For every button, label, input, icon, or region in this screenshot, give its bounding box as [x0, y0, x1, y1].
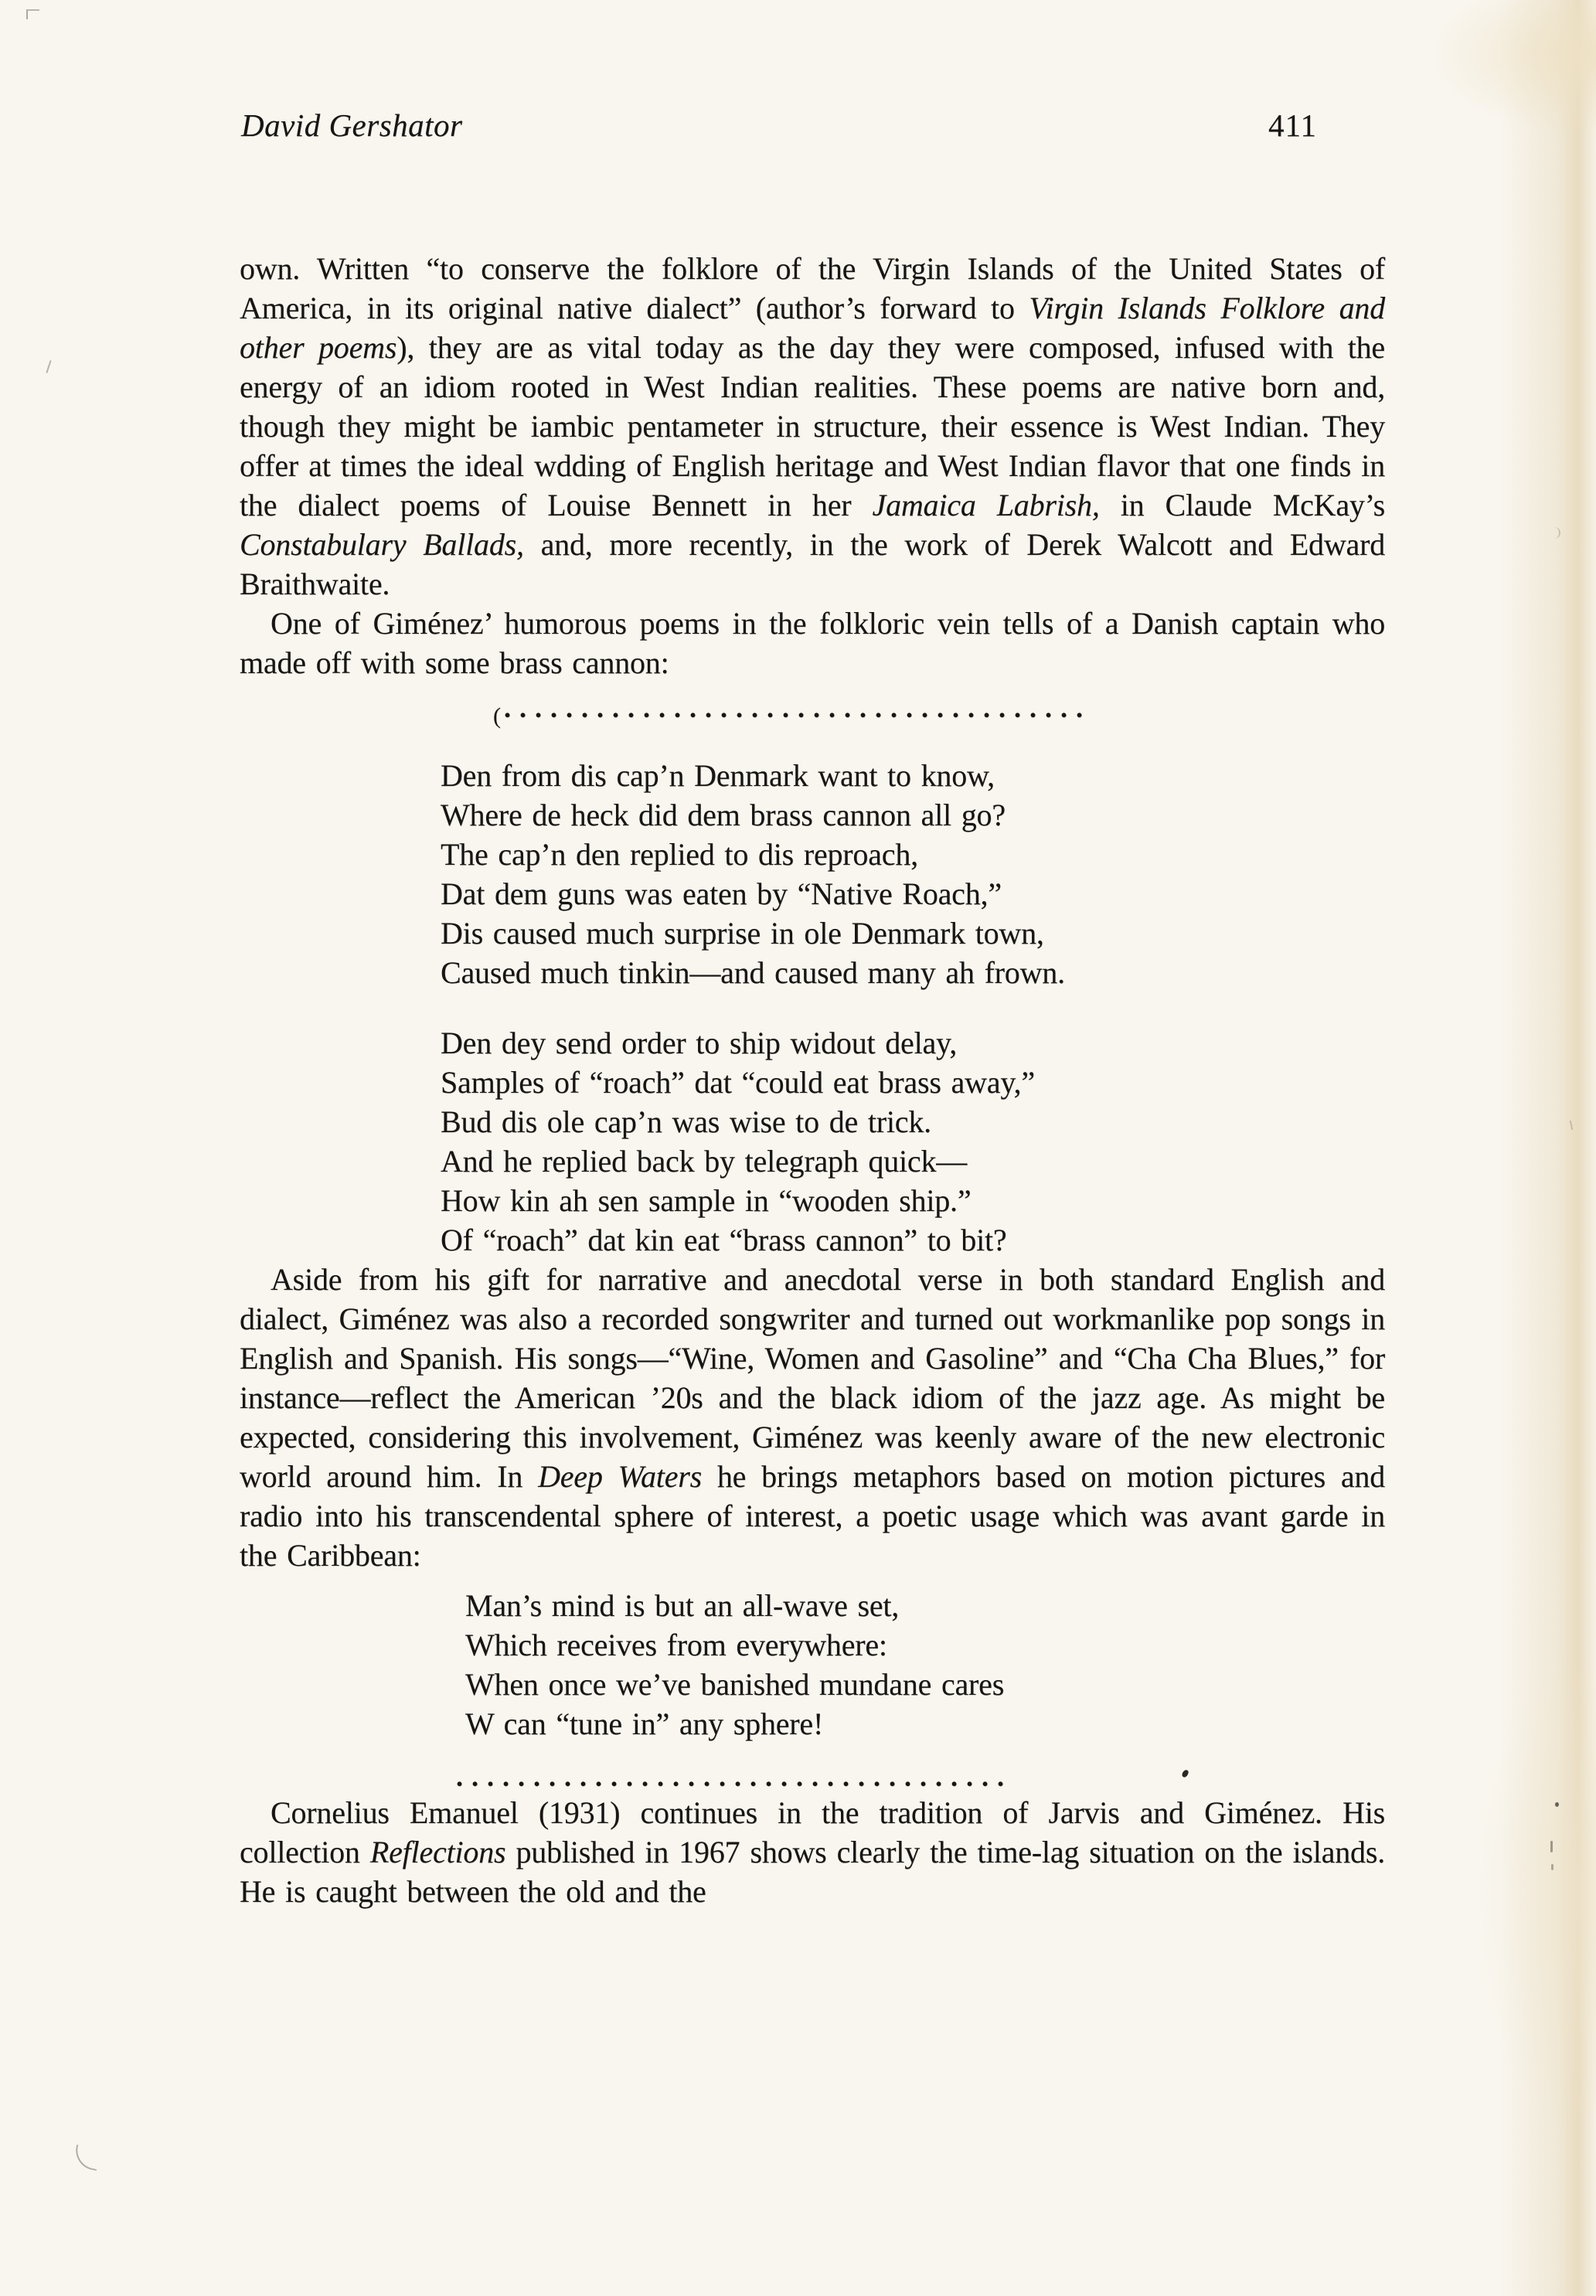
book-title-italic: Reflections	[370, 1835, 506, 1869]
paragraph-2: One of Giménez’ humorous poems in the fo…	[240, 604, 1385, 682]
paragraph-1: own. Written “to conserve the folklore o…	[240, 249, 1385, 604]
scan-artifact-right-margin	[1550, 1841, 1553, 1852]
book-title-italic: Deep Waters	[538, 1459, 702, 1494]
poem-line: Bud dis ole cap’n was wise to de trick.	[441, 1102, 1385, 1141]
scan-artifact-right-margin	[1555, 1802, 1559, 1807]
poem-line: Of “roach” dat kin eat “brass cannon” to…	[441, 1220, 1385, 1260]
poem-line: When once we’ve banished mundane cares	[465, 1665, 1385, 1704]
running-header-author: David Gershator	[241, 107, 463, 144]
poem-line: Samples of “roach” dat “could eat brass …	[441, 1063, 1385, 1102]
scan-artifact-corner	[26, 9, 39, 19]
poem-stanza-1: Den from dis cap’n Denmark want to know,…	[240, 756, 1385, 992]
poem-line: Caused much tinkin—and caused many ah fr…	[441, 953, 1385, 992]
poem-line: Den dey send order to ship widout delay,	[441, 1023, 1385, 1063]
poem-line: Dat dem guns was eaten by “Native Roach,…	[441, 874, 1385, 913]
text-segment: in Claude McKay’s	[1100, 488, 1385, 522]
scan-artifact-right-margin	[1551, 1864, 1553, 1870]
poem-quatrain: Man’s mind is but an all-wave set, Which…	[240, 1586, 1385, 1743]
stray-paren-mark: (	[493, 703, 501, 729]
poem-line: Where de heck did dem brass cannon all g…	[441, 795, 1385, 835]
poem-line: W can “tune in” any sphere!	[465, 1704, 1385, 1743]
separator-dots: ......................................	[504, 692, 1091, 723]
poem-line: Den from dis cap’n Denmark want to know,	[441, 756, 1385, 795]
book-title-italic: Jamaica Labrish,	[873, 488, 1100, 522]
pencil-mark-bottom-left	[72, 2145, 100, 2171]
scan-artifact-right-margin	[1570, 1121, 1573, 1130]
paragraph-3: Aside from his gift for narrative and an…	[240, 1260, 1385, 1575]
poem-line: Which receives from everywhere:	[465, 1625, 1385, 1665]
text-column: own. Written “to conserve the folklore o…	[240, 249, 1385, 1911]
dotted-separator: ....................................	[240, 1760, 1385, 1793]
poem-line: And he replied back by telegraph quick—	[441, 1141, 1385, 1181]
dotted-separator: (......................................	[240, 692, 1385, 733]
poem-line: The cap’n den replied to dis reproach,	[441, 835, 1385, 874]
scanned-book-page: David Gershator 411 own. Written “to con…	[0, 0, 1596, 2296]
poem-line: How kin ah sen sample in “wooden ship.”	[441, 1181, 1385, 1220]
separator-dots: ....................................	[456, 1761, 1012, 1792]
running-header: David Gershator 411	[241, 107, 1317, 144]
scan-artifact-right-margin	[1552, 527, 1560, 539]
book-title-italic: Constabulary Ballads,	[240, 527, 524, 562]
poem-line: Dis caused much surprise in ole Denmark …	[441, 913, 1385, 953]
scan-artifact-left-margin	[46, 360, 51, 373]
paragraph-4: Cornelius Emanuel (1931) continues in th…	[240, 1793, 1385, 1911]
poem-stanza-2: Den dey send order to ship widout delay,…	[240, 1023, 1385, 1260]
poem-line: Man’s mind is but an all-wave set,	[465, 1586, 1385, 1625]
page-number: 411	[1268, 107, 1317, 144]
